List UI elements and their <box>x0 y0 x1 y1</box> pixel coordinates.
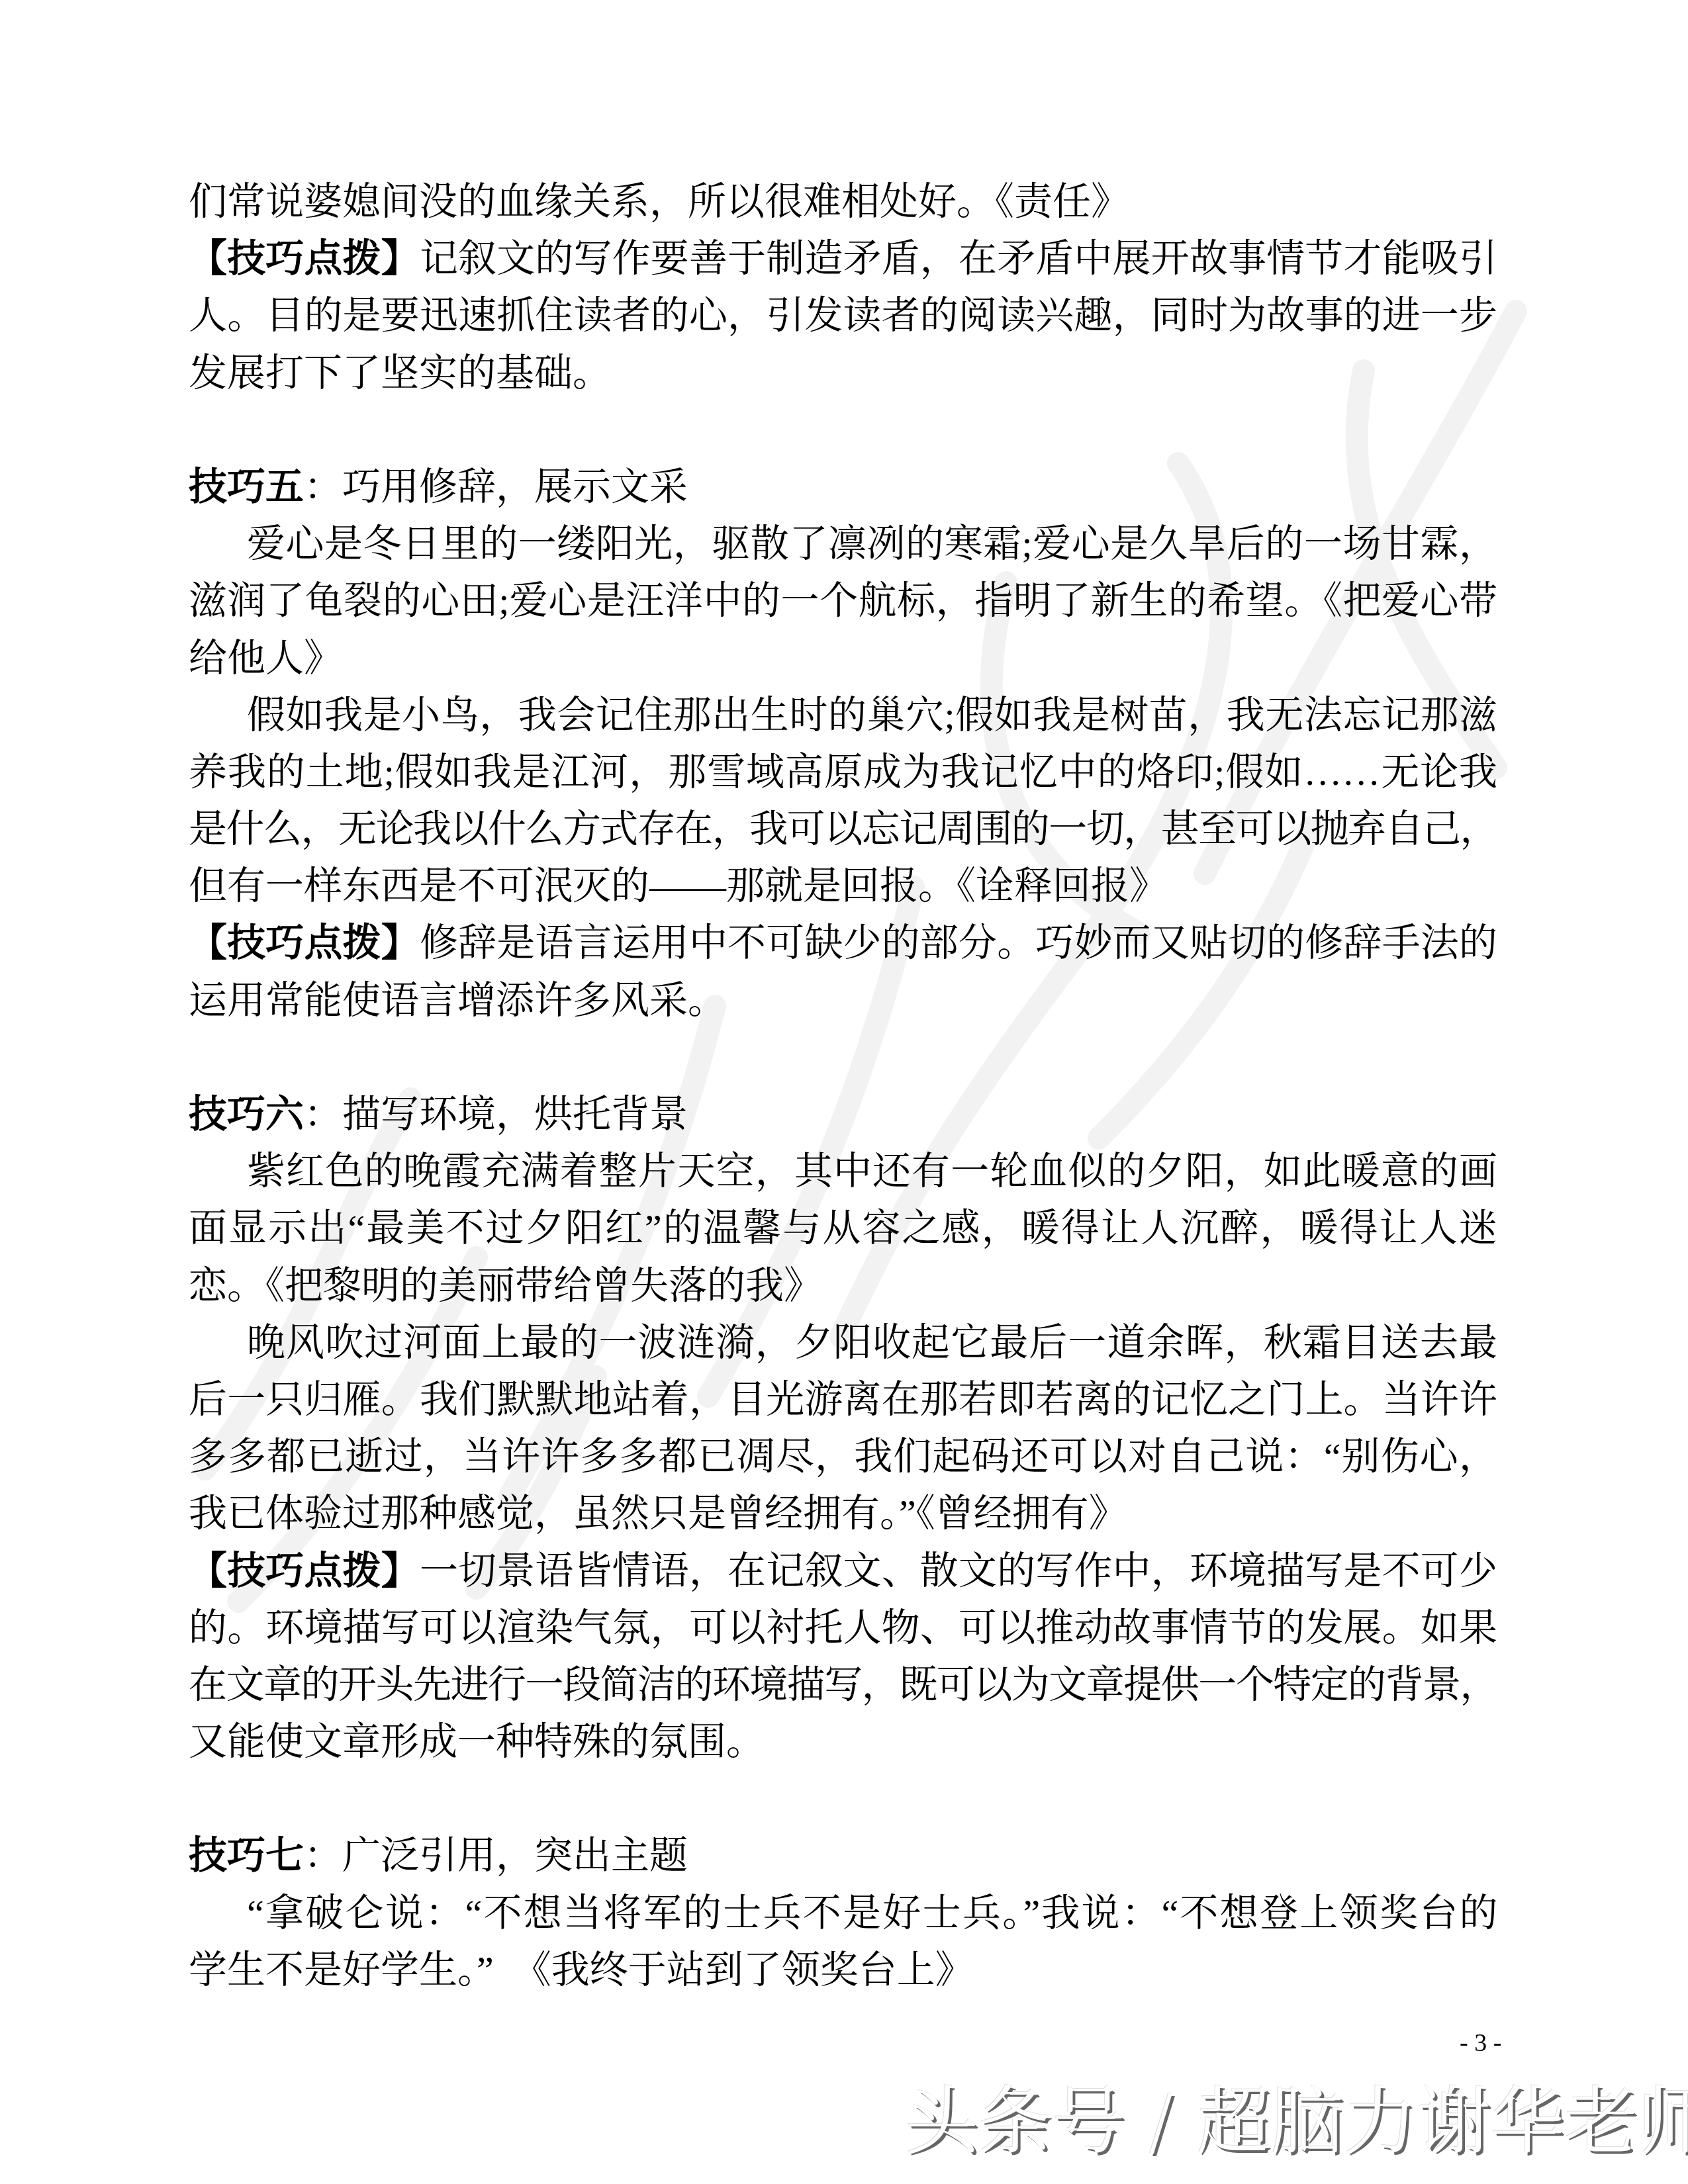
blank-line <box>189 1029 1497 1086</box>
blank-line <box>189 1770 1497 1827</box>
document-page: 们常说婆媳间没的血缘关系，所以很难相处好。《责任》 【技巧点拨】记叙文的写作要善… <box>0 0 1688 2184</box>
section-title: ：广泛引用，突出主题 <box>304 1834 688 1877</box>
example-line: 养我的土地;假如我是江河，那雪域高原成为我记忆中的烙印;假如……无论我 <box>189 744 1497 801</box>
tip-label: 【技巧点拨】 <box>189 237 420 280</box>
paragraph-line: 们常说婆媳间没的血缘关系，所以很难相处好。《责任》 <box>189 173 1497 230</box>
example-line: 学生不是好学生。” 《我终于站到了领奖台上》 <box>189 1942 1497 1999</box>
tip-label: 【技巧点拨】 <box>189 921 420 964</box>
section-heading: 技巧七：广泛引用，突出主题 <box>189 1827 1497 1884</box>
example-line: 滋润了龟裂的心田;爱心是汪洋中的一个航标，指明了新生的希望。《把爱心带 <box>189 572 1497 629</box>
section-label: 技巧七 <box>189 1834 304 1877</box>
example-line: 我已体验过那种感觉，虽然只是曾经拥有。”《曾经拥有》 <box>189 1485 1497 1542</box>
tip-line: 运用常能使语言增添许多风采。 <box>189 972 1497 1029</box>
tip-text: 一切景语皆情语，在记叙文、散文的写作中，环境描写是不可少 <box>420 1549 1497 1592</box>
example-line: 爱心是冬日里的一缕阳光，驱散了凛冽的寒霜;爱心是久旱后的一场甘霖， <box>189 516 1497 572</box>
section-heading: 技巧六：描写环境，烘托背景 <box>189 1086 1497 1143</box>
tip-line: 发展打下了坚实的基础。 <box>189 345 1497 402</box>
tip-line: 又能使文章形成一种特殊的氛围。 <box>189 1713 1497 1770</box>
tip-line: 人。目的是要迅速抓住读者的心，引发读者的阅读兴趣，同时为故事的进一步 <box>189 287 1497 344</box>
blank-line <box>189 402 1497 459</box>
source-watermark: 头条号 / 超脑力谢华老师 <box>905 2085 1688 2159</box>
tip-line: 在文章的开头先进行一段简洁的环境描写，既可以为文章提供一个特定的背景， <box>189 1657 1497 1713</box>
tip-text: 记叙文的写作要善于制造矛盾，在矛盾中展开故事情节才能吸引 <box>420 237 1497 280</box>
section-label: 技巧五 <box>189 465 304 508</box>
tip-line: 【技巧点拨】记叙文的写作要善于制造矛盾，在矛盾中展开故事情节才能吸引 <box>189 230 1497 287</box>
tip-line: 的。环境描写可以渲染气氛，可以衬托人物、可以推动故事情节的发展。如果 <box>189 1600 1497 1657</box>
example-line: “拿破仑说：“不想当将军的士兵不是好士兵。”我说：“不想登上领奖台的 <box>189 1885 1497 1942</box>
tip-line: 【技巧点拨】一切景语皆情语，在记叙文、散文的写作中，环境描写是不可少 <box>189 1543 1497 1600</box>
section-heading: 技巧五：巧用修辞，展示文采 <box>189 459 1497 516</box>
example-line: 是什么，无论我以什么方式存在，我可以忘记周围的一切，甚至可以抛弃自己， <box>189 801 1497 858</box>
example-line: 紫红色的晚霞充满着整片天空，其中还有一轮血似的夕阳，如此暖意的画 <box>189 1143 1497 1200</box>
example-line: 后一只归雁。我们默默地站着，目光游离在那若即若离的记忆之门上。当许许 <box>189 1371 1497 1428</box>
example-line: 给他人》 <box>189 630 1497 687</box>
example-line: 但有一样东西是不可泯灭的——那就是回报。《诠释回报》 <box>189 858 1497 915</box>
example-line: 面显示出“最美不过夕阳红”的温馨与从容之感，暖得让人沉醉，暖得让人迷 <box>189 1200 1497 1257</box>
example-line: 多多都已逝过，当许许多多都已凋尽，我们起码还可以对自己说：“别伤心， <box>189 1428 1497 1485</box>
section-label: 技巧六 <box>189 1093 304 1136</box>
example-line: 恋。《把黎明的美丽带给曾失落的我》 <box>189 1257 1497 1314</box>
section-title: ：描写环境，烘托背景 <box>304 1093 688 1136</box>
section-title: ：巧用修辞，展示文采 <box>304 465 688 508</box>
page-number: - 3 - <box>1460 2030 1501 2056</box>
example-line: 假如我是小鸟，我会记住那出生时的巢穴;假如我是树苗，我无法忘记那滋 <box>189 687 1497 744</box>
document-body: 们常说婆媳间没的血缘关系，所以很难相处好。《责任》 【技巧点拨】记叙文的写作要善… <box>189 173 1497 1999</box>
tip-line: 【技巧点拨】修辞是语言运用中不可缺少的部分。巧妙而又贴切的修辞手法的 <box>189 915 1497 972</box>
tip-text: 修辞是语言运用中不可缺少的部分。巧妙而又贴切的修辞手法的 <box>420 921 1497 964</box>
tip-label: 【技巧点拨】 <box>189 1549 420 1592</box>
example-line: 晚风吹过河面上最的一波涟漪，夕阳收起它最后一道余晖，秋霜目送去最 <box>189 1314 1497 1371</box>
